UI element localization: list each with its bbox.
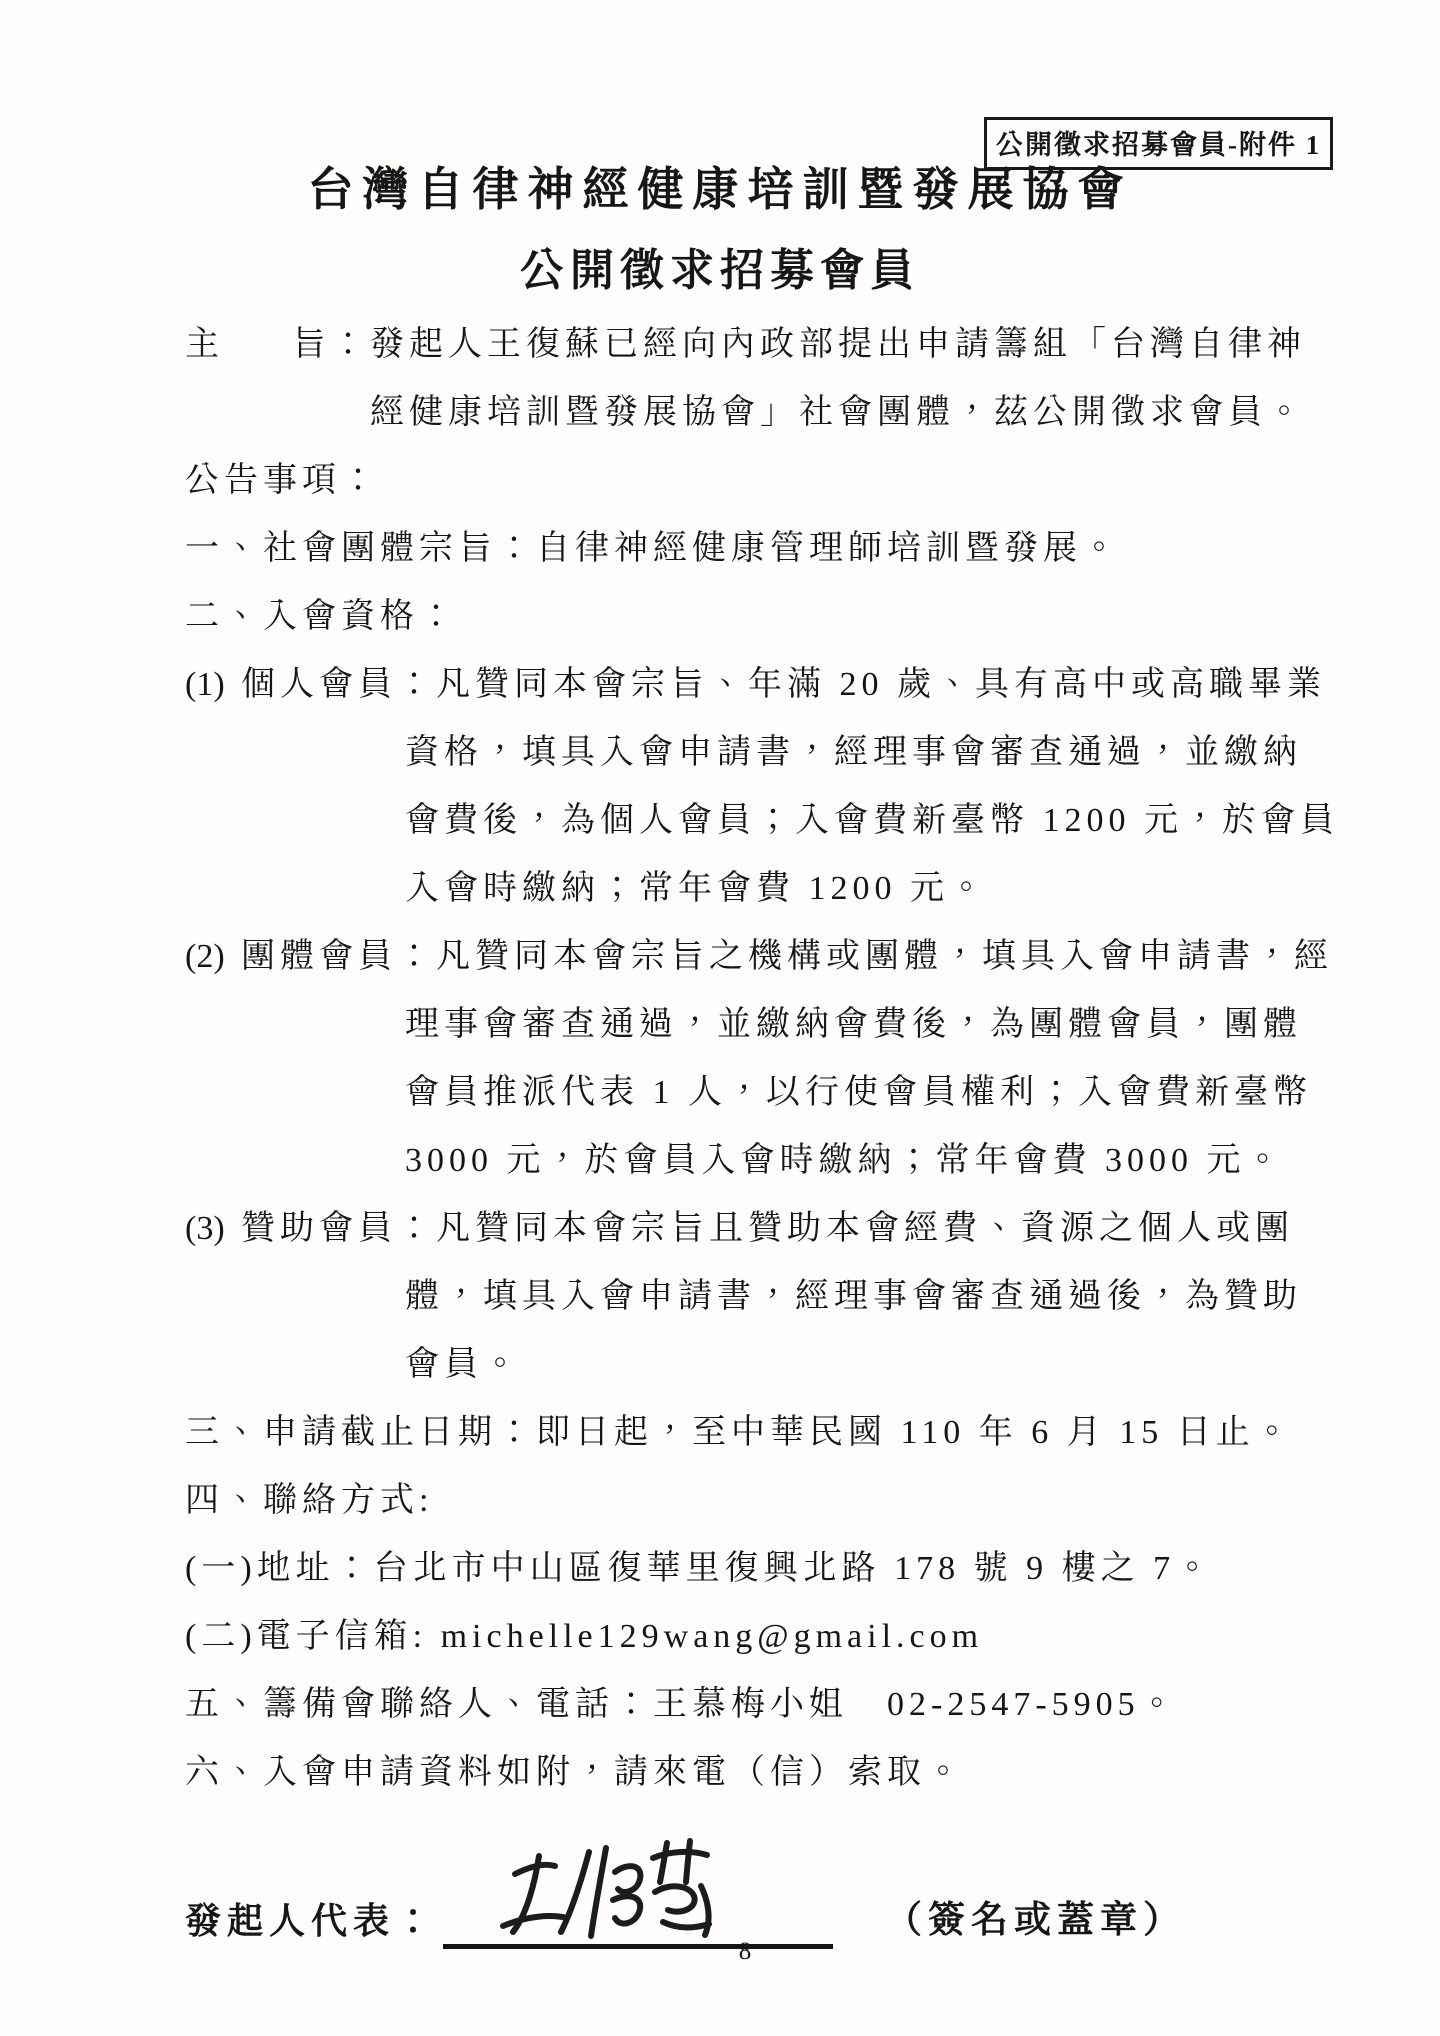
signature-handwriting [485,1828,735,1953]
item-request: 六、入會申請資料如附，請來電（信）索取。 [185,1739,1360,1807]
member2-number: (2) [185,923,241,991]
item-deadline: 三、申請截止日期：即日起，至中華民國 110 年 6 月 15 日止。 [185,1399,1360,1467]
attachment-tag-box: 公開徵求招募會員-附件 1 [984,117,1333,170]
member3-line-2: 體，填具入會申請書，經理事會審查通過後，為贊助 [405,1263,1360,1331]
page-title: 台灣自律神經健康培訓暨發展協會 [0,0,1440,215]
member1-number: (1) [185,651,241,719]
member1-text-1: 個人會員：凡贊同本會宗旨、年滿 20 歲、具有高中或高職畢業 [241,666,1326,703]
item-liaison: 五、籌備會聯絡人、電話：王慕梅小姐 02-2547-5905。 [185,1671,1360,1739]
document-body: 主 旨： 發起人王復蘇已經向內政部提出申請籌組「台灣自律神 經健康培訓暨發展協會… [185,311,1360,1973]
member3-line-3: 會員。 [405,1331,1360,1399]
member2-line-4: 3000 元，於會員入會時繳納；常年會費 3000 元。 [405,1127,1360,1195]
member2-line-3: 會員推派代表 1 人，以行使會員權利；入會費新臺幣 [405,1059,1360,1127]
member-block-individual: (1)個人會員：凡贊同本會宗旨、年滿 20 歲、具有高中或高職畢業 資格，填具入… [185,651,1360,923]
member3-text-1: 贊助會員：凡贊同本會宗旨且贊助本會經費、資源之個人或團 [241,1210,1294,1247]
page-number: 8 [25,1938,1440,1966]
document-page: 公開徵求招募會員-附件 1 台灣自律神經健康培訓暨發展協會 公開徵求招募會員 主… [0,0,1440,2036]
member2-line-2: 理事會審查通過，並繳納會費後，為團體會員，團體 [405,991,1360,1059]
member3-line-1: (3)贊助會員：凡贊同本會宗旨且贊助本會經費、資源之個人或團 [185,1195,1360,1263]
subject-line-2: 經健康培訓暨發展協會」社會團體，茲公開徵求會員。 [370,379,1360,447]
subject-label-rest: 旨： [292,311,370,379]
member-block-group: (2)團體會員：凡贊同本會宗旨之機構或團體，填具入會申請書，經 理事會審查通過，… [185,923,1360,1195]
member1-line-3: 會費後，為個人會員；入會費新臺幣 1200 元，於會員 [405,787,1360,855]
subject-text-1: 發起人王復蘇已經向內政部提出申請籌組「台灣自律神 [370,326,1306,363]
item-contact-heading: 四、聯絡方式: [185,1467,1360,1535]
page-subtitle: 公開徵求招募會員 [0,247,1440,295]
member2-text-1: 團體會員：凡贊同本會宗旨之機構或團體，填具入會申請書，經 [241,938,1333,975]
announcement-heading: 公告事項： [185,447,1360,515]
subject-line-1: 主 旨： 發起人王復蘇已經向內政部提出申請籌組「台灣自律神 [185,311,1360,379]
item-purpose: 一、社會團體宗旨：自律神經健康管理師培訓暨發展。 [185,515,1360,583]
member1-line-2: 資格，填具入會申請書，經理事會審查通過，並繳納 [405,719,1360,787]
attachment-tag-label: 公開徵求招募會員-附件 1 [996,130,1321,160]
contact-email: (二)電子信箱: michelle129wang@gmail.com [185,1603,1360,1671]
member2-line-1: (2)團體會員：凡贊同本會宗旨之機構或團體，填具入會申請書，經 [185,923,1360,991]
item-qualification: 二、入會資格： [185,583,1360,651]
member3-number: (3) [185,1195,241,1263]
contact-address: (一)地址：台北市中山區復華里復興北路 178 號 9 樓之 7。 [185,1535,1360,1603]
subject-label-main: 主 [185,311,224,379]
member1-line-1: (1)個人會員：凡贊同本會宗旨、年滿 20 歲、具有高中或高職畢業 [185,651,1360,719]
subject-label: 主 旨： [185,311,370,379]
member-block-sponsor: (3)贊助會員：凡贊同本會宗旨且贊助本會經費、資源之個人或團 體，填具入會申請書… [185,1195,1360,1399]
member1-line-4: 入會時繳納；常年會費 1200 元。 [405,855,1360,923]
